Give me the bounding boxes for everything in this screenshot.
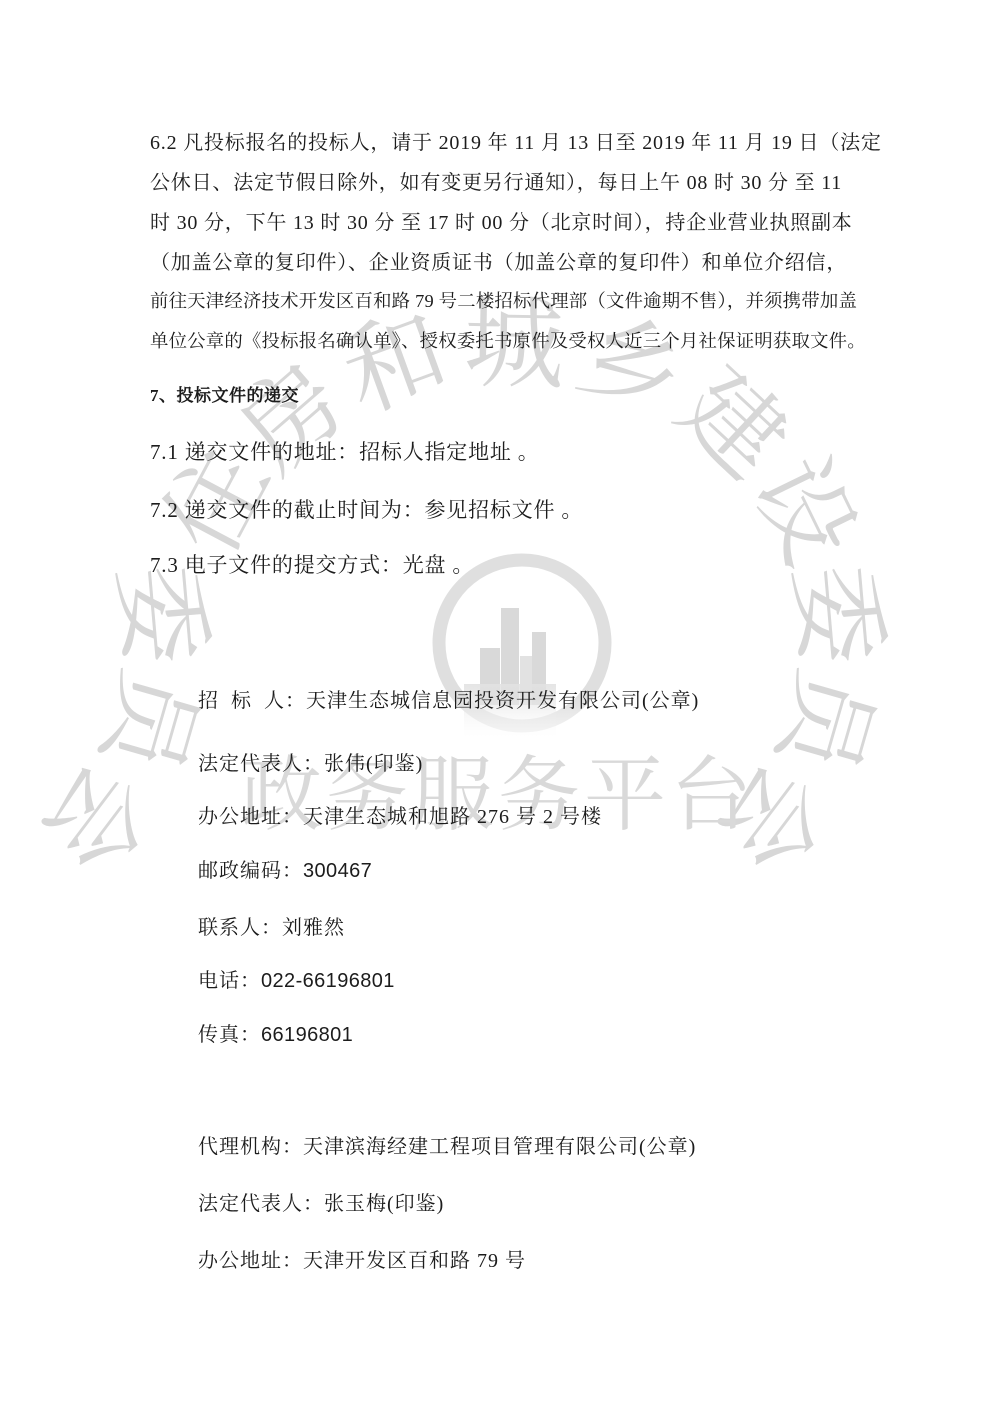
clause-6-2-line: 时 30 分，下午 13 时 30 分 至 17 时 00 分（北京时间），持企… [150,206,910,235]
tenderer-name-label: 招 标 人： [198,690,306,712]
agency-legal-rep-label: 法定代表人： [198,1193,324,1215]
legal-rep-label: 法定代表人： [198,753,324,775]
tenderer-name-value: 天津生态城信息园投资开发有限公司(公章) [306,690,699,712]
phone-label: 电话： [198,970,261,992]
agency-name-value: 天津滨海经建工程项目管理有限公司(公章) [303,1136,696,1158]
agency-legal-rep-value: 张玉梅(印鉴) [324,1193,444,1215]
section-7-item-1: 7.1 递交文件的地址：招标人指定地址 。 [150,436,540,466]
phone-value: 022-66196801 [261,970,395,992]
office-address-label: 办公地址： [198,806,303,828]
section-7-item-2: 7.2 递交文件的截止时间为：参见招标文件 。 [150,494,583,524]
postal-code-label: 邮政编码： [198,860,303,882]
legal-rep-value: 张伟(印鉴) [324,753,423,775]
clause-6-2-line: 公休日、法定节假日除外，如有变更另行通知），每日上午 08 时 30 分 至 1… [150,166,910,195]
clause-6-2-line: （加盖公章的复印件）、企业资质证书（加盖公章的复印件）和单位介绍信， [150,246,910,275]
postal-code-value: 300467 [303,860,372,882]
clause-6-2-line: 前往天津经济技术开发区百和路 79 号二楼招标代理部（文件逾期不售），并须携带加… [150,287,910,313]
contact-person-label: 联系人： [198,917,282,939]
clause-6-2-line: 6.2 凡投标报名的投标人，请于 2019 年 11 月 13 日至 2019 … [150,126,910,155]
section-7-item-3: 7.3 电子文件的提交方式：光盘 。 [150,549,474,579]
document-content: 6.2 凡投标报名的投标人，请于 2019 年 11 月 13 日至 2019 … [0,0,1000,1413]
fax-value: 66196801 [261,1024,353,1046]
agency-name-label: 代理机构： [198,1136,303,1158]
fax-row: 传真：66196801 [150,995,353,1070]
fax-label: 传真： [198,1024,261,1046]
agency-office-address-row: 办公地址：天津开发区百和路 79 号 [150,1221,526,1296]
section-7-heading: 7、投标文件的递交 [150,381,299,406]
contact-person-value: 刘雅然 [282,917,345,939]
office-address-value: 天津生态城和旭路 276 号 2 号楼 [303,806,602,828]
agency-office-address-value: 天津开发区百和路 79 号 [303,1250,526,1272]
document-page: 住房和城乡建设委员会委员会 政务服务平台 6.2 凡投标报名的投标人，请于 20… [0,0,1000,1413]
clause-6-2-line: 单位公章的《投标报名确认单》、授权委托书原件及受权人近三个月社保证明获取文件。 [150,327,910,353]
agency-office-address-label: 办公地址： [198,1250,303,1272]
